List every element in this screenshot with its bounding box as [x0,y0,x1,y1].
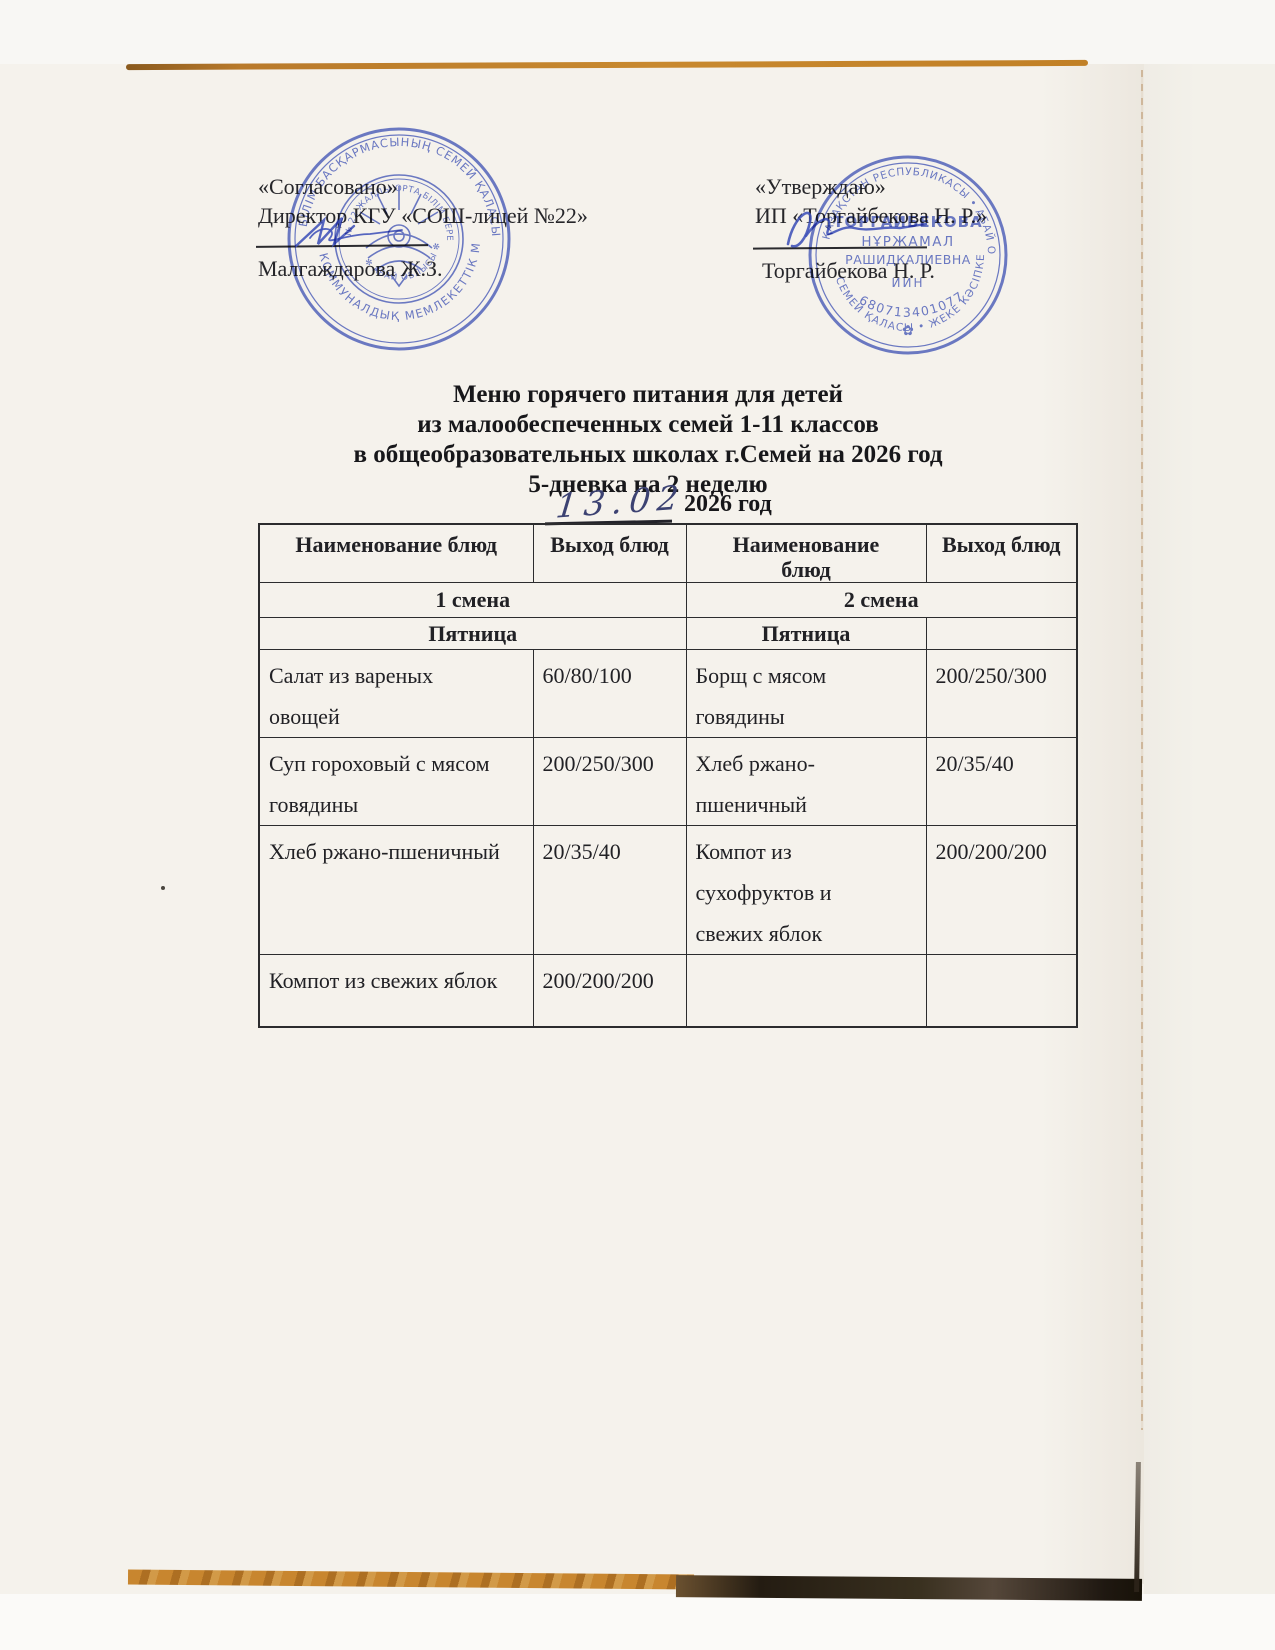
title-line-3: в общеобразовательных школах г.Семей на … [208,440,1088,470]
paper-speck [161,886,165,890]
header-dish-names-1: Наименование блюд [259,524,533,583]
output-cell: 20/35/40 [926,738,1077,826]
dish-cell: Компот из сухофруктов и свежих яблок [686,826,926,955]
shift-2-label: 2 смена [686,583,1077,618]
entrepreneur-stamp: ҚАЗАҚСТАН РЕСПУБЛИКАСЫ • АБАЙ ОБЛЫСЫ СЕМ… [806,153,1010,357]
output-cell [926,955,1077,1027]
day-row-empty-cell [926,618,1077,650]
header-dish-names-2: Наименование блюд [686,524,926,583]
school-stamp-ring-top: БІЛІМ БАСҚАРМАСЫНЫҢ СЕМЕЙ ҚАЛАСЫ БІЛІМ Б… [284,124,503,238]
menu-table: Наименование блюд Выход блюд Наименовани… [258,523,1078,1028]
page-bottom-edge-dark [676,1575,1142,1601]
output-cell: 20/35/40 [533,826,686,955]
dish-cell: Хлеб ржано-пшеничный [259,826,533,955]
title-line-1: Меню горячего питания для детей [208,380,1088,410]
handwritten-date: 13.02 [554,477,687,525]
school-stamp: БІЛІМ БАСҚАРМАСЫНЫҢ СЕМЕЙ ҚАЛАСЫ БІЛІМ Б… [284,124,514,354]
title-line-2: из малообеспеченных семей 1-11 классов [208,410,1088,440]
dish-cell [686,955,926,1027]
day-2-label: Пятница [686,618,926,650]
page-fold-crease [1141,70,1143,1430]
svg-text:БІЛІМ БАСҚАРМАСЫНЫҢ СЕМЕЙ ҚАЛА: БІЛІМ БАСҚАРМАСЫНЫҢ СЕМЕЙ ҚАЛАСЫ БІЛІМ Б… [284,124,503,238]
background-above-page [0,0,1275,64]
shift-1-label: 1 смена [259,583,686,618]
output-cell: 60/80/100 [533,650,686,738]
scanned-document-photo: «Согласовано» Директор КГУ «СОШ-лицей №2… [0,0,1275,1650]
dish-cell: Борщ с мясом говядины [686,650,926,738]
output-cell: 200/200/200 [926,826,1077,955]
dish-cell: Салат из вареных овощей [259,650,533,738]
table-row: Суп гороховый с мясом говядины 200/250/3… [259,738,1077,826]
flower-icon: ✿ [902,323,914,339]
table-header-row: Наименование блюд Выход блюд Наименовани… [259,524,1077,583]
header-output-2: Выход блюд [926,524,1077,583]
day-1-label: Пятница [259,618,686,650]
adjacent-page-area [1144,64,1275,1594]
entrepreneur-stamp-surname: ТОРГАЙБЕКОВА [833,212,982,231]
dish-cell: Компот из свежих яблок [259,955,533,1027]
day-row: Пятница Пятница [259,618,1077,650]
dish-cell: Суп гороховый с мясом говядины [259,738,533,826]
table-row: Компот из свежих яблок 200/200/200 [259,955,1077,1027]
dish-cell: Хлеб ржано- пшеничный [686,738,926,826]
output-cell: 200/200/200 [533,955,686,1027]
entrepreneur-stamp-firstname: НҰРЖАМАЛ [861,234,954,250]
shift-row: 1 смена 2 смена [259,583,1077,618]
date-year: 2026 год [684,491,772,518]
entrepreneur-stamp-patronymic: РАШИДКАЛИЕВНА [845,252,971,267]
background-below-page [0,1594,1275,1650]
page-bottom-edge-orange [128,1570,694,1590]
entrepreneur-stamp-iin-label: ИИН [892,276,925,290]
header-output-1: Выход блюд [533,524,686,583]
output-cell: 200/250/300 [926,650,1077,738]
table-row: Салат из вареных овощей 60/80/100 Борщ с… [259,650,1077,738]
output-cell: 200/250/300 [533,738,686,826]
table-row: Хлеб ржано-пшеничный 20/35/40 Компот из … [259,826,1077,955]
